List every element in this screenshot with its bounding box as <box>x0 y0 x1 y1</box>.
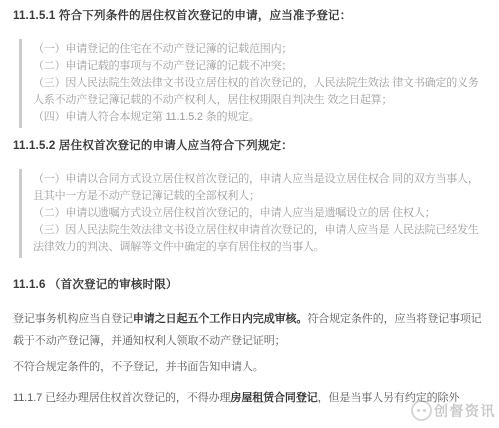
section-heading-11152: 11.1.5.2 居住权首次登记的申请人应当符合下列规定： <box>13 139 491 154</box>
quote-line: （二）申请以遗嘱方式设立居住权首次登记的，申请人应当是遗嘱设立的居 住权人； <box>33 205 491 222</box>
section-heading-1116: 11.1.6 （首次登记的审核时限） <box>13 278 491 293</box>
paragraph-rejection: 不符合规定条件的，不予登记，并书面告知申请人。 <box>13 356 489 378</box>
quote-line: （一）申请登记的住宅在不动产登记簿的记载范围内； <box>33 41 491 58</box>
paragraph-text: 登记事务机构应当自登记 <box>13 313 133 325</box>
quote-line: 且其中一方是不动产登记簿记载的全部权利人； <box>33 188 491 205</box>
quote-line: 人系不动产登记簿记载的不动产权利人，居住权期限自判决生 效之日起算； <box>33 92 491 109</box>
paragraph-bold-text: 申请之日起五个工作日内完成审核。 <box>133 313 307 325</box>
quote-line: 法律效力的判决、调解等文件中确定的享有居住权的当事人。 <box>33 239 491 256</box>
paragraph-review-deadline: 登记事务机构应当自登记申请之日起五个工作日内完成审核。符合规定条件的，应当将登记… <box>13 308 489 352</box>
paragraph-bold-text: 房屋租赁合同登记 <box>230 392 317 404</box>
paragraph-text: ，但是当事人另有约定的除外 <box>318 392 460 404</box>
quote-line: （一）申请以合同方式设立居住权首次登记的，申请人应当是设立居住权合 同的双方当事… <box>33 171 491 188</box>
paragraph-text: 11.1.7 已经办理居住权首次登记的，不得办理 <box>13 392 230 404</box>
section-heading-11151: 11.1.5.1 符合下列条件的居住权首次登记的申请，应当准予登记： <box>13 9 491 24</box>
quote-line: （三）因人民法院生效法律文书设立居住权申请首次登记的，申请人应当是 人民法院已经… <box>33 222 491 239</box>
document-body: 11.1.5.1 符合下列条件的居住权首次登记的申请，应当准予登记： （一）申请… <box>0 0 499 409</box>
paragraph-1117: 11.1.7 已经办理居住权首次登记的，不得办理房屋租赁合同登记，但是当事人另有… <box>13 387 489 409</box>
quote-line: （二）申请记载的事项与不动产登记簿的记载不冲突； <box>33 58 491 75</box>
blockquote-conditions: （一）申请登记的住宅在不动产登记簿的记载范围内； （二）申请记载的事项与不动产登… <box>19 39 491 128</box>
quote-line: （三）因人民法院生效法律文书设立居住权的首次登记的，人民法院生效法 律文书确定的… <box>33 75 491 92</box>
blockquote-applicant-rules: （一）申请以合同方式设立居住权首次登记的，申请人应当是设立居住权合 同的双方当事… <box>19 169 491 258</box>
quote-line: （四）申请人符合本规定第 11.1.5.2 条的规定。 <box>33 109 491 126</box>
